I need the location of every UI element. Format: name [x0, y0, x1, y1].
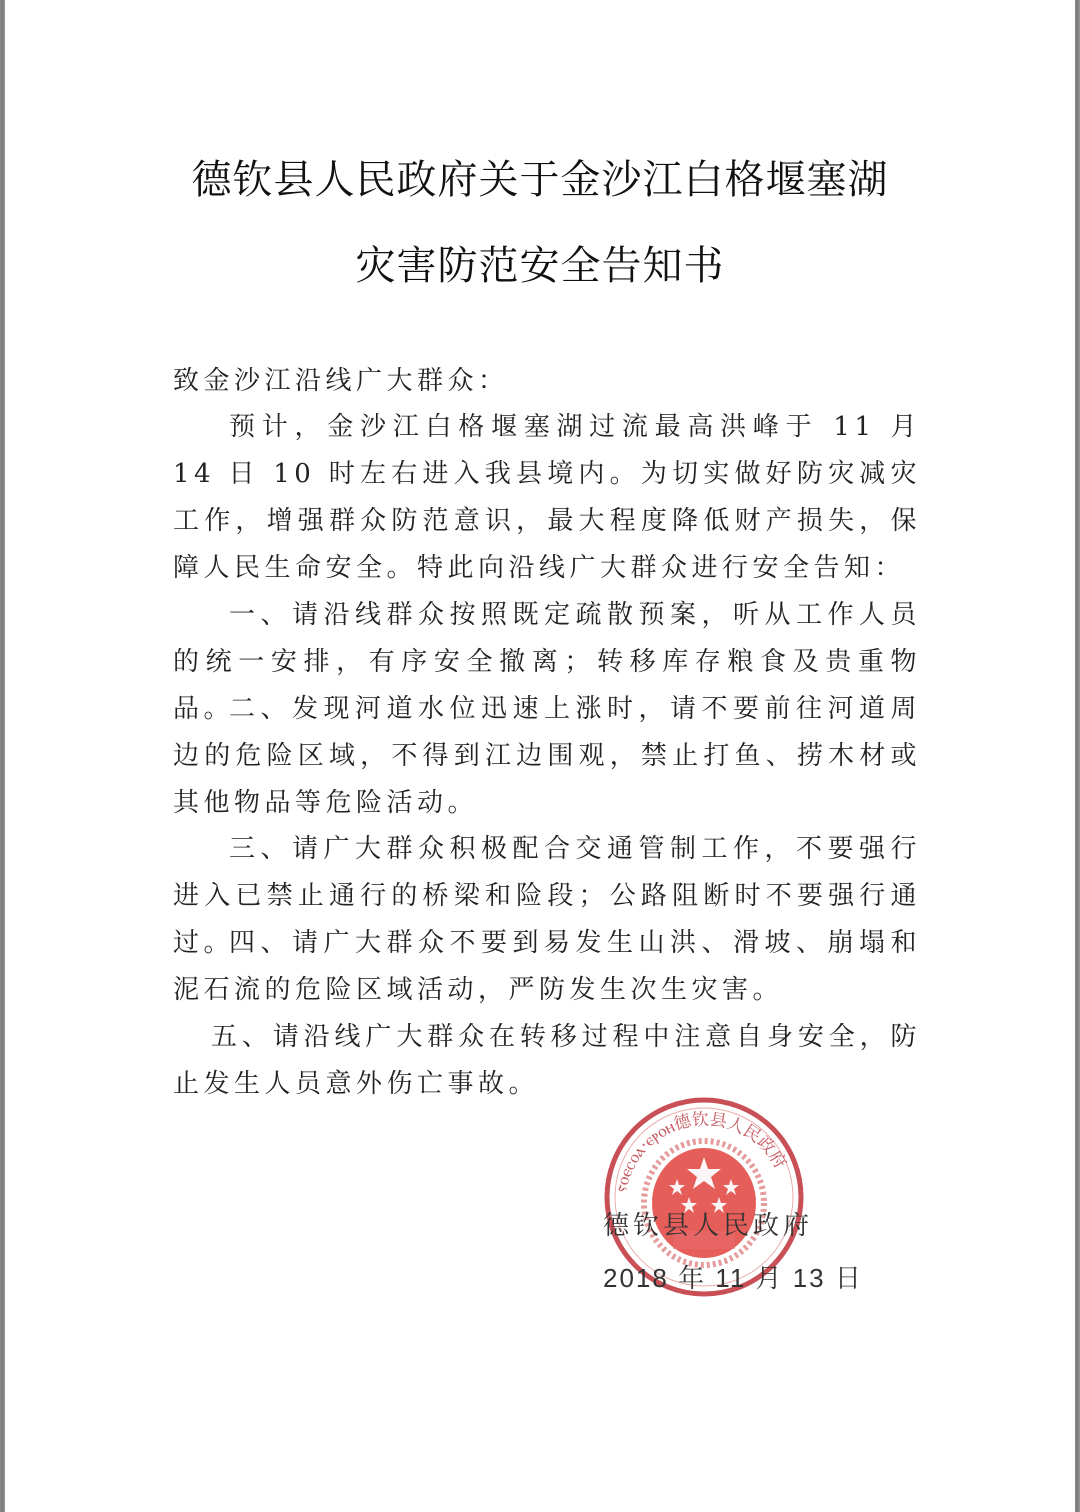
issue-date: 2018 年 11 月 13 日: [603, 1252, 863, 1304]
notice-item-4: 四、请广大群众不要到易发生山洪、滑坡、崩塌和泥石流的危险区域活动，严防发生次生灾…: [173, 920, 921, 1014]
notice-item-text: 五、请沿线广大群众在转移过程中注意自身安全，防止发生人员意外伤亡事故。: [173, 1014, 921, 1108]
signature-block: 德钦县人民政府 2018 年 11 月 13 日: [603, 1200, 863, 1304]
intro-paragraph: 预计，金沙江白格堰塞湖过流最高洪峰于 11 月 14 日 10 时左右进入我县境…: [173, 404, 921, 592]
document-title-line1: 德钦县人民政府关于金沙江白格堰塞湖: [5, 148, 1075, 205]
notice-item-5: 五、请沿线广大群众在转移过程中注意自身安全，防止发生人员意外伤亡事故。: [173, 1014, 921, 1108]
intro-text: 预计，金沙江白格堰塞湖过流最高洪峰于 11 月 14 日 10 时左右进入我县境…: [173, 404, 921, 592]
page-edge-right: [1075, 0, 1080, 1512]
document-page: 德钦县人民政府关于金沙江白格堰塞湖 灾害防范安全告知书 致金沙江沿线广大群众： …: [5, 0, 1075, 1512]
document-title-line2: 灾害防范安全告知书: [5, 234, 1075, 291]
notice-item-text: 四、请广大群众不要到易发生山洪、滑坡、崩塌和泥石流的危险区域活动，严防发生次生灾…: [173, 920, 921, 1014]
issuer-name: 德钦县人民政府: [603, 1200, 863, 1252]
notice-item-2: 二、发现河道水位迅速上涨时，请不要前往河道周边的危险区域，不得到江边围观，禁止打…: [173, 686, 921, 827]
notice-item-text: 二、发现河道水位迅速上涨时，请不要前往河道周边的危险区域，不得到江边围观，禁止打…: [173, 686, 921, 827]
salutation: 致金沙江沿线广大群众：: [173, 358, 921, 405]
